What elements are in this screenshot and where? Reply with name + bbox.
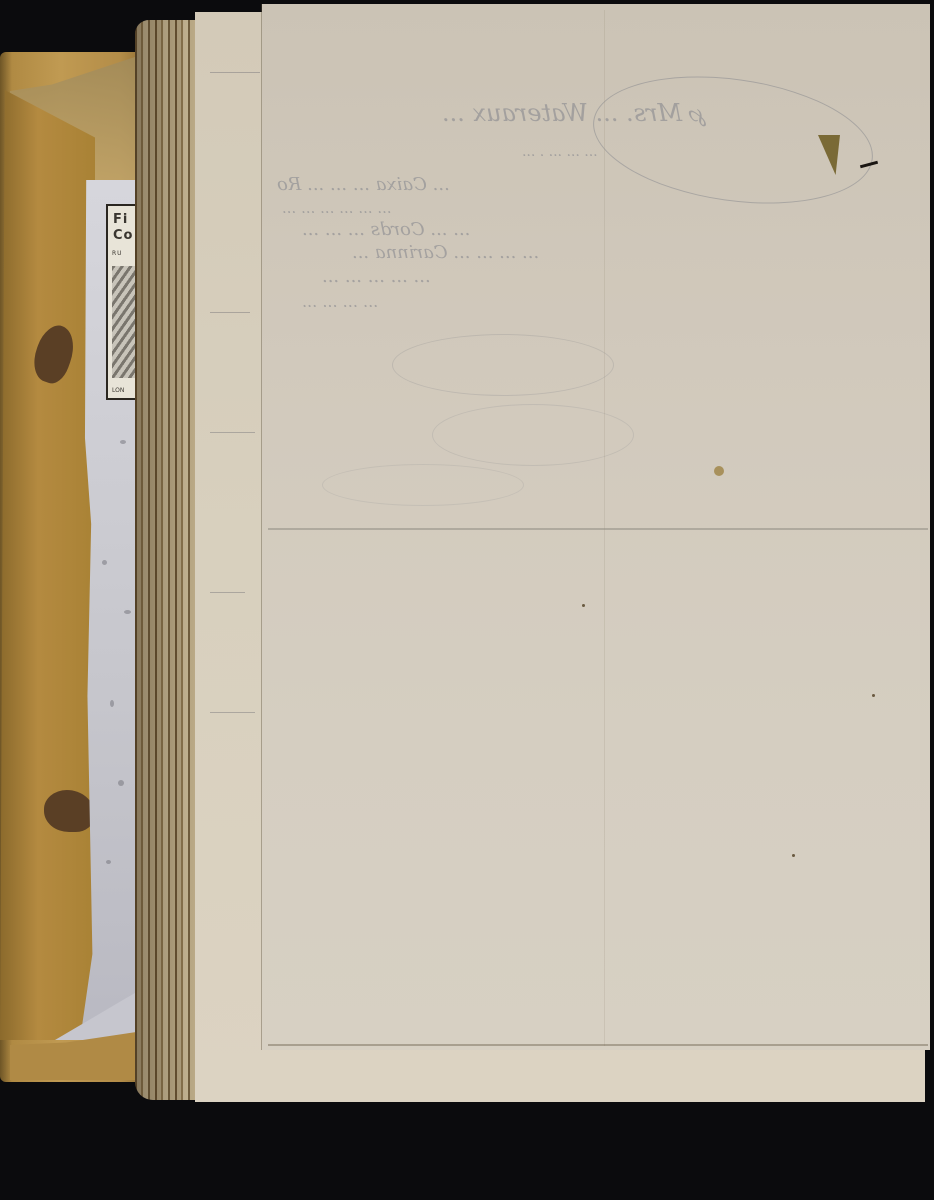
bleed-through-text: ... ... ... ... — [302, 292, 378, 311]
label-text: Co — [113, 228, 133, 243]
sheet-bottom-edge — [268, 1044, 928, 1046]
label-text: Fi — [113, 212, 128, 227]
stain-mark — [44, 790, 94, 832]
bleed-through-text: ... ... ... ... ... ... — [282, 199, 392, 217]
bleed-through-text: ... Caixa ... ... ... Ro — [277, 174, 450, 195]
label-text: RU — [112, 250, 123, 257]
fold-crease — [268, 528, 928, 530]
label-text: LON — [112, 387, 124, 394]
fold-crease — [604, 10, 605, 1046]
bleed-through-text: ... ... ... ... ... — [322, 266, 431, 287]
cover-flap — [0, 90, 95, 1040]
bleed-through-text: ... ... ... . ... — [522, 144, 598, 160]
bleed-through-text: ... ... ... ... Carinna ... — [352, 242, 539, 263]
bleed-through-text: ... ... Cords ... ... ... — [302, 219, 470, 240]
